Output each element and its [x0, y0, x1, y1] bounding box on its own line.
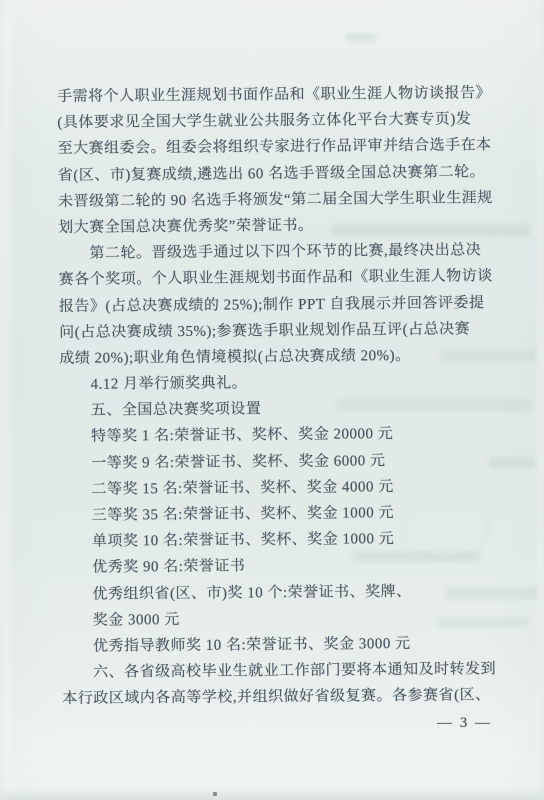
text-line: 五、全国总决赛奖项设置 [60, 394, 496, 424]
text-line: 优秀组织省(区、市)奖 10 个:荣誉证书、奖牌、 [61, 578, 497, 608]
text-line: 优秀奖 90 名:荣誉证书 [61, 552, 497, 582]
scan-speck [213, 792, 217, 796]
text-line: 报告》(占总决赛成绩的 25%);制作 PPT 自我展示并回答评委提 [59, 290, 495, 320]
text-line: 本行政区域内各高等学校,并组织做好省级复赛。各参赛省(区、 [62, 682, 498, 712]
text-line: 成绩 20%);职业角色情境模拟(占总决赛成绩 20%)。 [59, 342, 495, 372]
text-line: 4.12 月举行颁奖典礼。 [60, 368, 496, 398]
text-line: 省(区、市)复赛成绩,遴选出 60 名选手晋级全国总决赛第二轮。 [58, 159, 494, 189]
text-line: 二等奖 15 名:荣誉证书、奖杯、奖金 4000 元 [60, 473, 496, 503]
text-line: 未晋级第二轮的 90 名选手将颁发“第二届全国大学生职业生涯规 [58, 185, 494, 215]
text-line: 问(占总决赛成绩 35%);参赛选手职业规划作品互评(占总决赛 [59, 316, 495, 346]
text-line: (具体要求见全国大学生就业公共服务立体化平台大赛专页)发 [57, 106, 493, 136]
text-line: 奖金 3000 元 [62, 604, 498, 634]
text-line: 第二轮。晋级选手通过以下四个环节的比赛,最终决出总决 [58, 237, 494, 267]
text-line: 三等奖 35 名:荣誉证书、奖杯、奖金 1000 元 [61, 499, 497, 529]
ink-bleed-artifact [345, 33, 377, 42]
page-number: — 3 — [437, 711, 492, 735]
text-line: 六、各省级高校毕业生就业工作部门要将本通知及时转发到 [62, 656, 498, 686]
text-line: 优秀指导教师奖 10 名:荣誉证书、奖金 3000 元 [62, 630, 498, 660]
text-line: 特等奖 1 名:荣誉证书、奖杯、奖金 20000 元 [60, 421, 496, 451]
document-body: 手需将个人职业生涯规划书面作品和《职业生涯人物访谈报告》(具体要求见全国大学生就… [57, 80, 498, 712]
text-line: 单项奖 10 名:荣誉证书、奖杯、奖金 1000 元 [61, 525, 497, 555]
scanned-document-page: 手需将个人职业生涯规划书面作品和《职业生涯人物访谈报告》(具体要求见全国大学生就… [0, 0, 544, 800]
text-line: 一等奖 9 名:荣誉证书、奖杯、奖金 6000 元 [60, 447, 496, 477]
text-line: 赛各个奖项。个人职业生涯规划书面作品和《职业生涯人物访谈 [59, 264, 495, 294]
text-line: 划大赛全国总决赛优秀奖”荣誉证书。 [58, 211, 494, 241]
text-line: 手需将个人职业生涯规划书面作品和《职业生涯人物访谈报告》 [57, 80, 493, 110]
text-line: 至大赛组委会。组委会将组织专家进行作品评审并结合选手在本 [57, 133, 493, 163]
